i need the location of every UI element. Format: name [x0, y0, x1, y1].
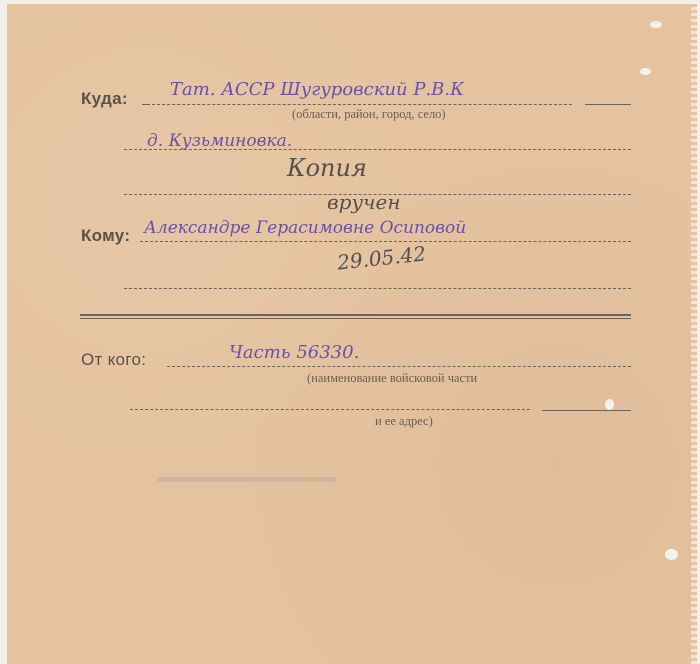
to-where-line	[147, 104, 572, 105]
separator-bottom	[80, 318, 631, 319]
delivery-date: 29.05.42	[336, 241, 427, 274]
to-whom-label: Кому:	[81, 226, 130, 246]
to-where-line-end	[585, 104, 631, 105]
from-address-line	[130, 409, 530, 410]
note-delivered: вручен	[327, 190, 401, 214]
to-whom-value: Александре Герасимовне Осиповой	[144, 218, 466, 238]
separator-top	[80, 314, 631, 316]
from-hint-address: и ее адрес)	[375, 414, 433, 429]
to-where-value: Тат. АССР Шугуровский Р.В.К	[170, 79, 464, 100]
paper-chip	[665, 549, 678, 560]
blank-line-2	[124, 288, 631, 289]
paper-chip	[650, 21, 662, 28]
to-where-village: д. Кузьминовка.	[147, 131, 292, 151]
from-address-line-end	[542, 410, 631, 411]
faded-ink-smudge	[157, 477, 337, 482]
to-where-hint: (области, район, город, село)	[292, 107, 446, 122]
to-where-label: Куда:	[81, 89, 128, 109]
note-copy: Копия	[287, 154, 367, 182]
paper-chip	[605, 399, 614, 410]
paper-chip	[640, 68, 651, 75]
from-label: От кого:	[81, 350, 146, 370]
serrated-edge	[691, 4, 697, 664]
from-line	[167, 366, 631, 367]
letter-form: Куда: Тат. АССР Шугуровский Р.В.К (облас…	[7, 4, 693, 664]
to-whom-line	[140, 241, 631, 242]
from-value: Часть 56330.	[229, 342, 359, 363]
from-hint: (наименование войсковой части	[307, 371, 477, 386]
to-where-dash	[142, 104, 150, 105]
